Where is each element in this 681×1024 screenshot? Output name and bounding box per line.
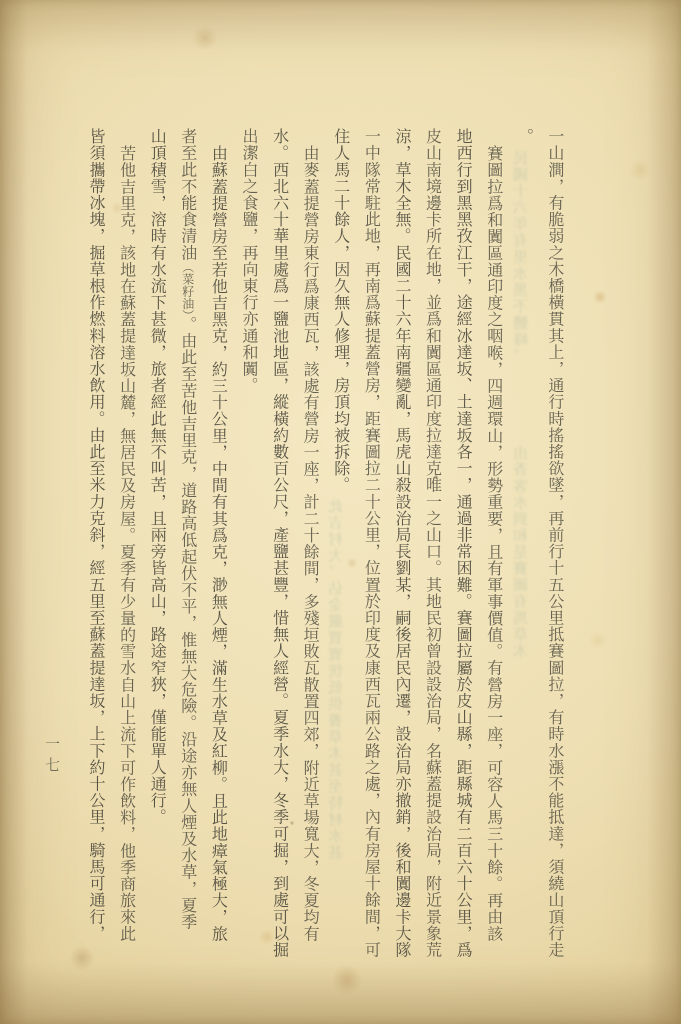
page-number: 一七 bbox=[42, 736, 63, 778]
text-column: 山頂積雪，溶時有水流下甚微，旅者經此無不叫苦，且兩旁皆高山，路途窄狹，僅能單人通… bbox=[142, 128, 172, 973]
text-column: 涼，草木全無。民國二十六年南疆變亂，馬虎山殺設治局長劉某，嗣後居民內遷，設治局亦… bbox=[387, 128, 417, 973]
scanned-page: 民國十六年有里水黑不體峰。 由香客水到和是賽圖有馬草木 此吉村大。佔金嚴賈寰恍低… bbox=[0, 0, 681, 1024]
inline-annotation: （菜籽油） bbox=[181, 261, 195, 316]
text-block: 一山澗，有脆弱之木橋橫貫其上，通行時搖搖欲墜，再前行十五公里抵賽圖拉，有時水漲不… bbox=[81, 128, 570, 973]
text-column: 水。西北六十華里處爲一鹽池地區，縱橫約數百公尺，產鹽甚豐，惜無人經營。夏季水大，… bbox=[265, 128, 295, 973]
text-column: 由蘇蓋提營房至若他吉黑克，約三十公里，中間有其爲克，渺無人煙，滿生水草及紅柳。且… bbox=[203, 128, 233, 973]
text-column: 賽圖拉爲和闐區通印度之咽喉，四週環山，形勢重要，且有軍事價值。有營房一座，可容人… bbox=[479, 128, 509, 973]
text-column: 一山澗，有脆弱之木橋橫貫其上，通行時搖搖欲墜，再前行十五公里抵賽圖拉，有時水漲不… bbox=[540, 128, 570, 973]
text-column: 皆須攜帶冰塊，掘草根作燃料溶水飲用。由此至米力克斜，經五里至蘇蓋提達坂，上下約十… bbox=[81, 128, 111, 973]
text-column: 住人馬二十餘人，因久無人修理，房頂均被拆除。 bbox=[326, 128, 356, 973]
text-column: 苦他吉里克，該地在蘇蓋提達坂山麓，無居民及房屋。夏季有少量的雪水自山上流下可作飲… bbox=[112, 128, 142, 973]
text-column: 由麥蓋提營房東行爲康西瓦，該處有營房一座，計二十餘間，多殘垣敗瓦散置四郊，附近草… bbox=[295, 128, 325, 973]
text-column: 皮山南境邊卡所在地，並爲和闐區通印度拉達克唯一之山口。其地民初曾設設治局，名蘇蓋… bbox=[418, 128, 448, 973]
text-column: 者至此不能食清油（菜籽油）。由此至苦他吉里克，道路高低起伏不平，惟無大危險。沿途… bbox=[173, 128, 203, 973]
text-column: 地西行到黑黑孜江干，途經冰達坂、土達坂各一，通過非常困難。賽圖拉屬於皮山縣，距縣… bbox=[448, 128, 478, 973]
text-column: 一中隊常駐此地，再南爲蘇提蓋營房，距賽圖拉二十公里，位置於印度及康西瓦兩公路之處… bbox=[356, 128, 386, 973]
text-column: 出潔白之食鹽，再向東行亦通和闐。 bbox=[234, 128, 264, 973]
text-column: 。 bbox=[509, 128, 539, 973]
